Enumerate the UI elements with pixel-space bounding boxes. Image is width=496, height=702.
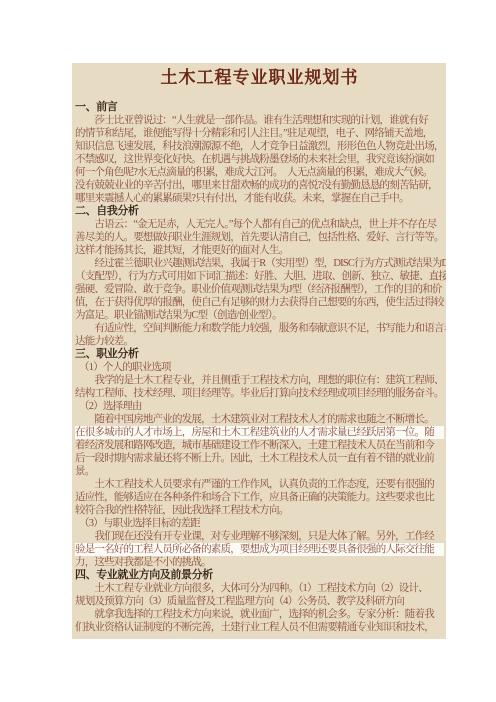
text-line: 不禁感叹，这世界变化好快。在机遇与挑战粉墨登场的未来社会里，我究竟该扮演如 bbox=[75, 153, 444, 166]
text-line: 着经济发展和路网改造，城市基础建设工作不断深入，土建工程技术人员在当前和今 bbox=[75, 439, 444, 452]
text-line: 经过霍兰德职业兴趣测试结果，我属于R（实用型）型，DISC行为方式测试结果为D bbox=[75, 257, 444, 270]
screenshot-canvas: 土木工程专业职业规划书 一、前言 莎士比亚曾说过：“人生就是一部作品。谁有生活理… bbox=[0, 0, 496, 702]
text-line: （支配型），行为方式可用如下词汇描述：好胜、大胆、进取、创新、独立、敏捷、直接、 bbox=[75, 270, 444, 283]
text-line: 土木工程技术人员要求有严谨的工作作风，认真负责的工作态度，还要有很强的 bbox=[75, 478, 444, 491]
text-line: 莎士比亚曾说过：“人生就是一部作品。谁有生活理想和实现的计划，谁就有好 bbox=[75, 114, 444, 127]
text-line: 善尽美的人。要想做好职业生涯规划，首先要认清自己，包括性格、爱好、言行等等。 bbox=[75, 231, 444, 244]
text-line: 就拿我选择的工程技术方向来说，就业面广，选择的机会多。专家分析：随着我 bbox=[75, 608, 444, 621]
section-heading: 一、前言 bbox=[75, 101, 444, 114]
document-body: 一、前言 莎士比亚曾说过：“人生就是一部作品。谁有生活理想和实现的计划，谁就有好… bbox=[75, 101, 444, 634]
text-line: 适应性，能够适应在各种条件和场合下工作，应具备正确的决策能力。这些要求也比 bbox=[75, 491, 444, 504]
text-line: 土木工程专业就业方向很多，大体可分为四种。（1）工程技术方向（2）设计、 bbox=[75, 582, 444, 595]
text-line: 随着中国房地产业的发展，土木建筑业对工程技术人才的需求也随之不断增长。 bbox=[75, 413, 444, 426]
text-line: 值，在于获得优厚的报酬，使自己有足够的财力去获得自己想要的东西，使生活过得较 bbox=[75, 296, 444, 309]
section-heading: 三、职业分析 bbox=[75, 348, 444, 361]
text-line: 在很多城市的人才市场上，房屋和土木工程建筑业的人才需求量已经跃居第一位。随 bbox=[75, 426, 444, 439]
text-line: 规划及预算方向（3）质量监督及工程监理方向（4）公务员、教学及科研方向 bbox=[75, 595, 444, 608]
document-title: 土木工程专业职业规划书 bbox=[75, 67, 444, 88]
text-line: 这样才能扬其长，避其短，才能更好的面对人生。 bbox=[75, 244, 444, 257]
text-line: 强硬、爱冒险、敢于竞争。职业价值观测试结果为J型（经济报酬型），工作的目的和价 bbox=[75, 283, 444, 296]
text-line: 景。 bbox=[75, 465, 444, 478]
text-line: 较符合我的性格特征，因此我选择工程技术方向。 bbox=[75, 504, 444, 517]
text-line: 结构工程师、技术经理、项目经理等。毕业后打算向技术经理或项目经理的服务奋斗。 bbox=[75, 387, 444, 400]
text-line: 何一个角色呢?水无点滴量的积累，难成大江河。 人无点滴量的积累，难成大气候。 bbox=[75, 166, 444, 179]
text-line: 验是一名好的工程人员所必备的素质，要想成为项目经理还要具备很强的人际交往能 bbox=[75, 543, 444, 556]
section-heading: 二、自我分析 bbox=[75, 205, 444, 218]
subsection-heading: （2）选择理由 bbox=[75, 400, 444, 413]
text-line: 们执业资格认证制度的不断完善，土建行业工程人员不但需要精通专业知识和技术， bbox=[75, 621, 444, 634]
text-line: 力，这些对我都是不小的挑战。 bbox=[75, 556, 444, 569]
subsection-heading: （3）与职业选择目标的差距 bbox=[75, 517, 444, 530]
text-line: 的情节和结尾，谁便能写得十分精彩和引人注目。”驻足观望，电子、网络铺天盖地， bbox=[75, 127, 444, 140]
text-line: 后一段时期内需求量还将不断上升。因此，土木工程技术人员一直有着不错的就业前 bbox=[75, 452, 444, 465]
text-line: 哪里来震撼人心的累累硕果?只有付出，才能有收获。未来，掌握在自己手中。 bbox=[75, 192, 444, 205]
text-line: 有适应性，空间判断能力和数学能力较强，服务和奉献意识不足，书写能力和语言表 bbox=[75, 322, 444, 335]
text-line: 知识信息飞速发展，科技浪潮源源不绝，人才竞争日益激烈，形形色色人物竞赴出场， bbox=[75, 140, 444, 153]
text-line: 我学的是土木工程专业，并且侧重于工程技术方向，理想的职位有：建筑工程师、 bbox=[75, 374, 444, 387]
section-heading: 四、专业就业方向及前景分析 bbox=[75, 569, 444, 582]
text-line: 为富足。职业锚测试结果为C型（创造/创业型）。 bbox=[75, 309, 444, 322]
subsection-heading: （1）个人的职业选项 bbox=[75, 361, 444, 374]
document-page: 土木工程专业职业规划书 一、前言 莎士比亚曾说过：“人生就是一部作品。谁有生活理… bbox=[72, 63, 446, 639]
text-line: 达能力较差。 bbox=[75, 335, 444, 348]
text-line: 没有兢兢业业的辛苦付出，哪里来甘甜欢畅的成功的喜悦?没有勤勤恳恳的刻苦钻研， bbox=[75, 179, 444, 192]
text-line: 古语云：“金无足赤，人无完人。”每个人都有自己的优点和缺点，世上并不存在尽 bbox=[75, 218, 444, 231]
text-line: 我们现在还没有开专业课，对专业理解不够深刻，只是大体了解。另外，工作经 bbox=[75, 530, 444, 543]
